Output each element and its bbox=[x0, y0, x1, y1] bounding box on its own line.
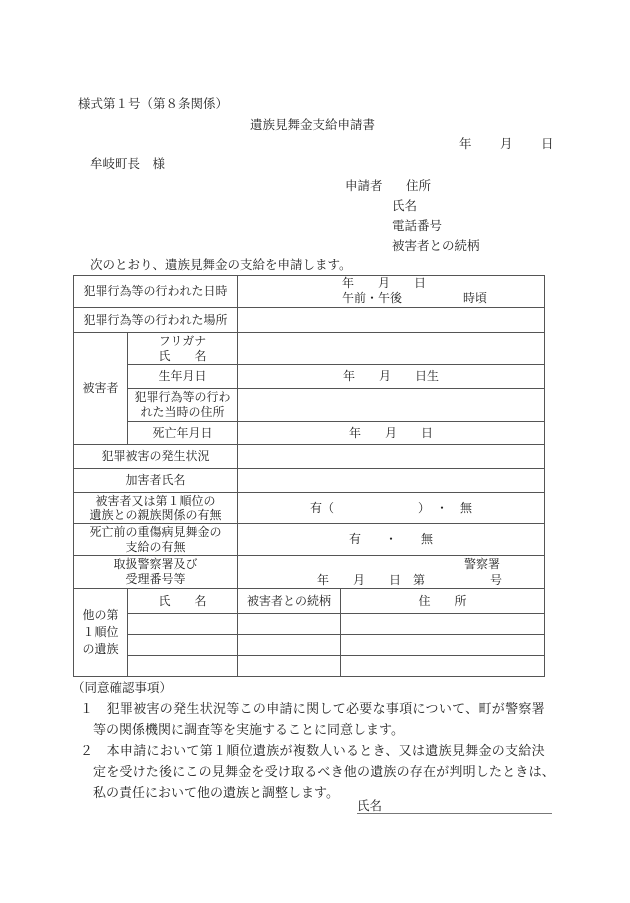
applicant-relation-label: 被害者との続柄 bbox=[392, 240, 480, 253]
police-station-field[interactable]: 警察署 bbox=[464, 558, 500, 570]
heir-name-field[interactable] bbox=[128, 635, 237, 655]
name-label: 氏 名 bbox=[158, 349, 206, 364]
victim-death-label: 死亡年月日 bbox=[128, 422, 237, 444]
victim-address-label-line1: 犯罪行為等の行わ bbox=[134, 390, 230, 405]
victim-name-label: フリガナ 氏 名 bbox=[128, 333, 237, 364]
victim-birthdate-label: 生年月日 bbox=[128, 365, 237, 388]
heir-relation-field[interactable] bbox=[238, 656, 340, 676]
victim-label: 被害者 bbox=[74, 333, 127, 444]
kinship-label-line1: 被害者又は第１順位の bbox=[95, 494, 215, 508]
date-day: 日 bbox=[541, 138, 554, 151]
other-heirs-label-line2: １順位 bbox=[82, 624, 118, 641]
police-label-line1: 取扱警察署及び bbox=[113, 557, 197, 572]
document-title: 遺族見舞金支給申請書 bbox=[250, 119, 375, 132]
consent-item1-line2: 等の関係機関に調査等を実施することに同意します。 bbox=[93, 724, 404, 737]
perpetrator-label: 加害者氏名 bbox=[74, 469, 237, 492]
kinship-label-line2: 遺族との親族関係の有無 bbox=[89, 508, 221, 522]
other-heirs-label-line3: の遺族 bbox=[82, 641, 118, 658]
kinship-label: 被害者又は第１順位の 遺族との親族関係の有無 bbox=[74, 493, 237, 523]
heir-address-field[interactable] bbox=[341, 656, 544, 676]
heir-address-field[interactable] bbox=[341, 635, 544, 655]
other-heirs-label-line1: 他の第 bbox=[82, 607, 118, 624]
victim-death-field[interactable]: 年 月 日 bbox=[238, 422, 544, 444]
crime-ampm-field[interactable]: 午前・午後 bbox=[342, 292, 402, 304]
prior-payment-label-line2: 支給の有無 bbox=[125, 540, 185, 554]
other-heirs-label: 他の第 １順位 の遺族 bbox=[74, 589, 127, 676]
crime-datetime-label: 犯罪行為等の行われた日時 bbox=[74, 276, 237, 307]
police-date-field[interactable]: 年 月 日 第 bbox=[317, 574, 425, 586]
signature-line[interactable] bbox=[357, 813, 552, 814]
victim-address-label-line2: れた当時の住所 bbox=[140, 405, 224, 420]
perpetrator-field[interactable] bbox=[238, 469, 544, 492]
applicant-phone-label: 電話番号 bbox=[392, 220, 442, 233]
crime-place-label: 犯罪行為等の行われた場所 bbox=[74, 308, 237, 332]
date-year: 年 bbox=[459, 138, 472, 151]
police-label: 取扱警察署及び 受理番号等 bbox=[74, 556, 237, 588]
crime-place-field[interactable] bbox=[238, 308, 544, 332]
police-number-field[interactable]: 号 bbox=[490, 574, 502, 586]
date-month: 月 bbox=[500, 138, 513, 151]
applicant-name-label: 氏名 bbox=[392, 200, 417, 213]
crime-time-field[interactable]: 時頃 bbox=[463, 292, 487, 304]
crime-date-field[interactable]: 年 月 日 bbox=[342, 277, 426, 289]
situation-label: 犯罪被害の発生状況 bbox=[74, 445, 237, 468]
heir-name-field[interactable] bbox=[128, 614, 237, 634]
heirs-col-name: 氏 名 bbox=[128, 589, 237, 613]
applicant-address-label: 住所 bbox=[406, 180, 431, 193]
situation-field[interactable] bbox=[238, 445, 544, 468]
furigana-label: フリガナ bbox=[159, 334, 206, 349]
intro-text: 次のとおり、遺族見舞金の支給を申請します。 bbox=[90, 259, 352, 272]
prior-payment-label: 死亡前の重傷病見舞金の 支給の有無 bbox=[74, 524, 237, 555]
consent-item2-line2: 定を受けた後にこの見舞金を受け取るべき他の遺族の存在が判明したときは、 bbox=[93, 766, 555, 779]
heir-relation-field[interactable] bbox=[238, 635, 340, 655]
kinship-field[interactable]: 有（ ） ・ 無 bbox=[238, 493, 544, 523]
heir-name-field[interactable] bbox=[128, 656, 237, 676]
applicant-label: 申請者 bbox=[345, 180, 383, 193]
consent-item1-line1: １ 犯罪被害の発生状況等この申請に関して必要な事項について、町が警察署 bbox=[80, 703, 545, 716]
form-number: 様式第１号（第８条関係） bbox=[78, 98, 228, 111]
victim-address-field[interactable] bbox=[238, 389, 544, 421]
signature-label: 氏名 bbox=[357, 800, 382, 813]
police-label-line2: 受理番号等 bbox=[125, 572, 185, 587]
consent-heading: （同意確認事項） bbox=[72, 682, 172, 695]
heirs-col-relation: 被害者との続柄 bbox=[238, 589, 340, 613]
heirs-col-address: 住 所 bbox=[341, 589, 544, 613]
prior-payment-label-line1: 死亡前の重傷病見舞金の bbox=[89, 525, 221, 539]
prior-payment-field[interactable]: 有 ・ 無 bbox=[238, 524, 544, 555]
consent-item2-line3: 私の責任において他の遺族と調整します。 bbox=[93, 787, 339, 800]
heir-address-field[interactable] bbox=[341, 614, 544, 634]
victim-address-label: 犯罪行為等の行わ れた当時の住所 bbox=[128, 389, 237, 421]
victim-name-field[interactable] bbox=[238, 333, 544, 364]
victim-birthdate-field[interactable]: 年 月 日生 bbox=[238, 365, 544, 388]
addressee: 牟岐町長 様 bbox=[90, 158, 165, 171]
heir-relation-field[interactable] bbox=[238, 614, 340, 634]
consent-item2-line1: ２ 本申請において第１順位遺族が複数人いるとき、又は遺族見舞金の支給決 bbox=[80, 745, 545, 758]
